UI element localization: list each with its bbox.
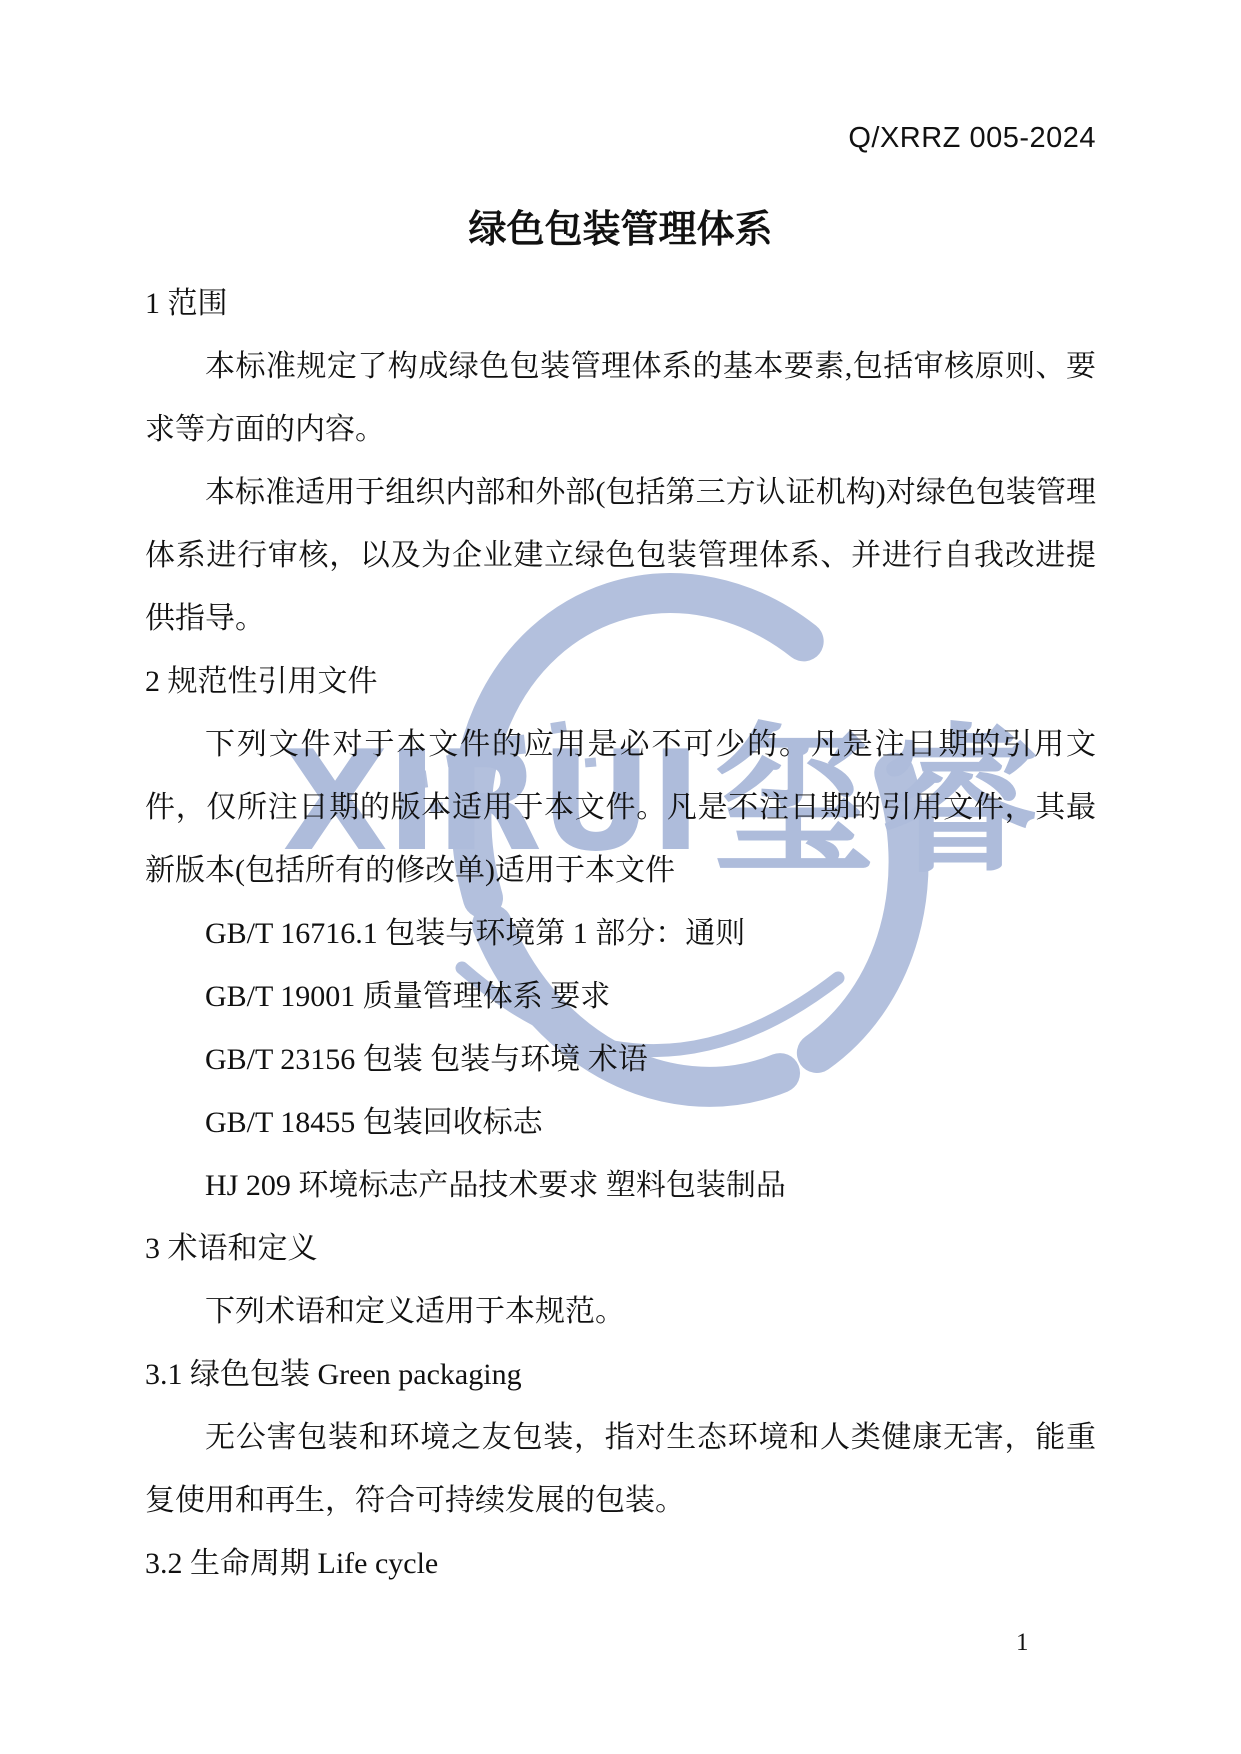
content-reference: GB/T 23156 包装 包装与环境 术语 (145, 1028, 1096, 1091)
content-heading: 2 规范性引用文件 (145, 650, 1096, 713)
content-heading: 3.1 绿色包装 Green packaging (145, 1343, 1096, 1406)
document-body: 1 范围本标准规定了构成绿色包装管理体系的基本要素,包括审核原则、要求等方面的内… (145, 272, 1096, 1595)
standard-number: Q/XRRZ 005-2024 (848, 121, 1096, 155)
document-title: 绿色包装管理体系 (0, 207, 1241, 253)
content-paragraph: 本标准适用于组织内部和外部(包括第三方认证机构)对绿色包装管理体系进行审核，以及… (145, 461, 1096, 650)
content-reference: GB/T 18455 包装回收标志 (145, 1091, 1096, 1154)
content-paragraph: 本标准规定了构成绿色包装管理体系的基本要素,包括审核原则、要求等方面的内容。 (145, 335, 1096, 461)
content-reference: GB/T 19001 质量管理体系 要求 (145, 965, 1096, 1028)
content-paragraph: 下列文件对于本文件的应用是必不可少的。凡是注日期的引用文件，仅所注日期的版本适用… (145, 713, 1096, 902)
content-paragraph: 下列术语和定义适用于本规范。 (145, 1280, 1096, 1343)
content-heading: 1 范围 (145, 272, 1096, 335)
page-number: 1 (1016, 1628, 1029, 1658)
content-heading: 3 术语和定义 (145, 1217, 1096, 1280)
document-page: XIRUI玺睿 Q/XRRZ 005-2024 绿色包装管理体系 1 范围本标准… (0, 0, 1241, 1754)
content-reference: GB/T 16716.1 包装与环境第 1 部分：通则 (145, 902, 1096, 965)
content-reference: HJ 209 环境标志产品技术要求 塑料包装制品 (145, 1154, 1096, 1217)
content-paragraph: 无公害包装和环境之友包装，指对生态环境和人类健康无害，能重复使用和再生，符合可持… (145, 1406, 1096, 1532)
content-heading: 3.2 生命周期 Life cycle (145, 1532, 1096, 1595)
